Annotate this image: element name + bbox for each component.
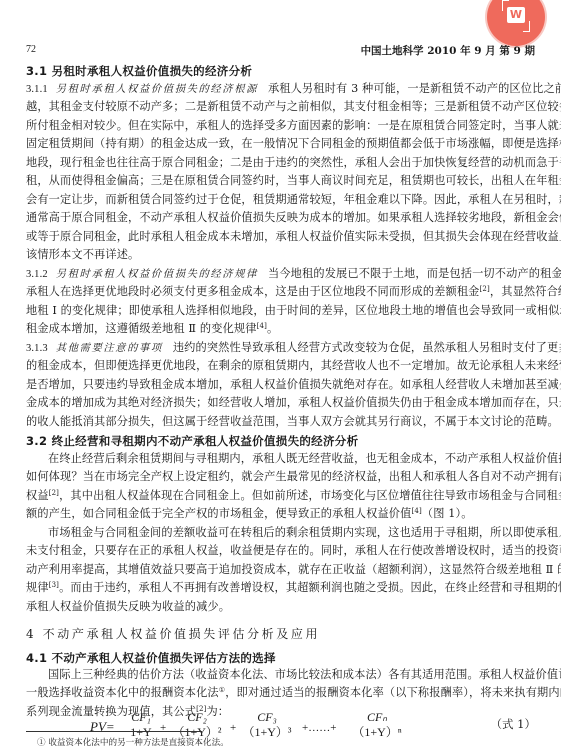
paragraph-line: 地段，现行租金也往往高于原合同租金；二是由于违约的突然性，承租人会出于加快恢复经…: [26, 156, 536, 170]
subsection-number: 3.1.1: [26, 84, 48, 95]
equation-ellipsis: +……+: [302, 722, 336, 734]
footnote: ① 收益资本化法中的另一种方法是直接资本化法。: [37, 736, 229, 748]
document-page: W 72 中国土地科学 2010 年 9 月 第 9 期 3.1 另租时承租人权…: [0, 0, 561, 756]
paragraph-line: 金成本的增加成为其绝对经济损失；如经营收人增加，承租人权益价值损失仍由于租金成本…: [26, 396, 536, 410]
subsection-title: 另租时承租人权益价值损失的经济规律: [56, 268, 258, 280]
section-heading-3-2: 3.2 终止经营和寻租期内不动产承租人权益价值损失的经济分析: [26, 433, 358, 449]
subsection-number: 3.1.3: [26, 343, 48, 354]
paragraph-line: 是否增加，只要违约导致租金成本增加，承租人权益价值损失就绝对存在。如承租人经营收…: [26, 378, 536, 392]
subsection-title: 其他需要注意的事项: [56, 342, 163, 354]
paragraph-line: 3.1.3其他需要注意的事项违约的突然性导致承租人经营方式改变较为仓促，虽然承租…: [26, 341, 536, 356]
equation-term: CF₃ （1+Y）³: [238, 710, 296, 740]
page-number: 72: [26, 44, 36, 55]
paragraph-line: 承租人权益价值损失反映为收益的减少。: [26, 600, 536, 614]
paragraph-line: 承租人在选择更优地段时必须支付更多租金成本，这是由于区位地段不同而形成的差额租金…: [26, 285, 536, 299]
paragraph-line: 的租金成本，但即便选择更优地段，在剩余的原租赁期内，其经营收人也不一定增加。故无…: [26, 359, 536, 373]
subsection-title: 另租时承租人权益价值损失的经济根源: [56, 83, 258, 95]
paragraph-line: 在终止经营后剩余租赁期间与寻租期内，承租人既无经营收益，也无租金成本，不动产承租…: [48, 452, 536, 466]
paragraph-line: 3.1.2另租时承租人权益价值损失的经济规律当今地租的发展已不限于土地，而是包括…: [26, 267, 536, 282]
paragraph-line: 的收人能抵消其部分损失，但这属于经营收益范围，当事人双方会就其另行商议，不属于本…: [26, 415, 536, 429]
citation-ref: [4]: [257, 322, 267, 330]
equation-number: （式 1）: [491, 716, 536, 732]
paragraph-line: 3.1.1另租时承租人权益价值损失的经济根源承租人另租时有 3 种可能，一是新租…: [26, 82, 536, 97]
paragraph-line: 租，从而使得租金偏高；三是在原租赁合同签约时，当事人商议时间充足，租赁期也可较长…: [26, 174, 536, 188]
paragraph-line: 国际上三种经典的估价方法（收益资本化法、市场比较法和成本法）各有其适用范围。承租…: [48, 668, 536, 682]
paragraph-line: 未支付租金，只要存在正的承租人权益，收益便是存在的。同时，承租人在行使改善增设权…: [26, 544, 536, 558]
paragraph-line: 规律[3]。而由于违约，承租人不再拥有改善增设权，其超额利润也随之受损。因此，在…: [26, 581, 536, 595]
paragraph-line: 或等于原合同租金，此时承租人租金成本未增加，承租人权益价值实际未受损，但其损失会…: [26, 230, 536, 244]
paragraph-line: 通常高于原合同租金，不动产承租人权益价值损失反映为成本的增加。如果承租人选择较劣…: [26, 211, 536, 225]
section-heading-3-1: 3.1 另租时承租人权益价值损失的经济分析: [26, 63, 252, 79]
paragraph-line: 固定租赁期间（持有期）的租金达成一致，在一般情况下合同租金的预期值都会低于市场涨…: [26, 137, 536, 151]
floating-app-button[interactable]: W: [487, 0, 545, 46]
footnote-divider: [26, 731, 202, 732]
paragraph-line: 该情形本文不再详述。: [26, 248, 536, 262]
paragraph-line: 地租 Ⅰ 的变化规律；即使承租人选择相似地段，由于时间的差异，区位地段土地的增值…: [26, 304, 536, 318]
paragraph-line: 市场租金与合同租金间的差额收益可在转租后的剩余租赁期内实现，这也适用于寻租期，所…: [48, 526, 536, 540]
swap-arrow-icon: [523, 21, 530, 32]
paragraph-line: 动产利用率提高，其增值效益只要高于追加投资成本，就存在正收益（超额利润），这显然…: [26, 563, 536, 577]
paragraph-line: 越，其租金支付较原不动产多；二是新租赁不动产与之前相似，其支付租金相等；三是新租…: [26, 100, 536, 114]
paragraph-line: 所付租金相对较少。但在实际中，承租人的选择受多方面因素的影响：一是在原租赁合同签…: [26, 119, 536, 133]
citation-ref: [4]: [411, 507, 421, 515]
citation-ref: [3]: [49, 581, 59, 589]
subsection-number: 3.1.2: [26, 269, 48, 280]
running-header: 中国土地科学 2010 年 9 月 第 9 期: [361, 43, 535, 58]
section-heading-4-1: 4.1 不动产承租人权益价值损失评估方法的选择: [26, 650, 276, 666]
paragraph-line: 会有一定让步，而新租赁合同签约过于仓促，租赁期通常较短，年租金难以下降。因此，承…: [26, 193, 536, 207]
section-heading-4: 4 不动产承租人权益价值损失评估分析及应用: [26, 625, 320, 642]
paragraph-line: 额的产生，如合同租金低于完全产权的市场租金，便导致正的承租人权益价值[4]（图 …: [26, 507, 536, 521]
paragraph-line: 权益[2]，其中出租人权益体现在合同租金上。但如前所述，市场变化与区位增值往往导…: [26, 489, 536, 503]
equation-lhs: PV=: [90, 719, 115, 735]
citation-ref: [2]: [480, 285, 490, 293]
citation-ref: [2]: [49, 489, 59, 497]
paragraph-line: 如何体现？当在市场完全产权上设定租约，就会产生最常见的经济权益，出租人和承租人各…: [26, 470, 536, 484]
paragraph-line: 租金成本增加，这遵循级差地租 Ⅱ 的变化规律[4]。: [26, 322, 536, 336]
equation-term: CFₙ （1+Y）ⁿ: [348, 710, 406, 740]
